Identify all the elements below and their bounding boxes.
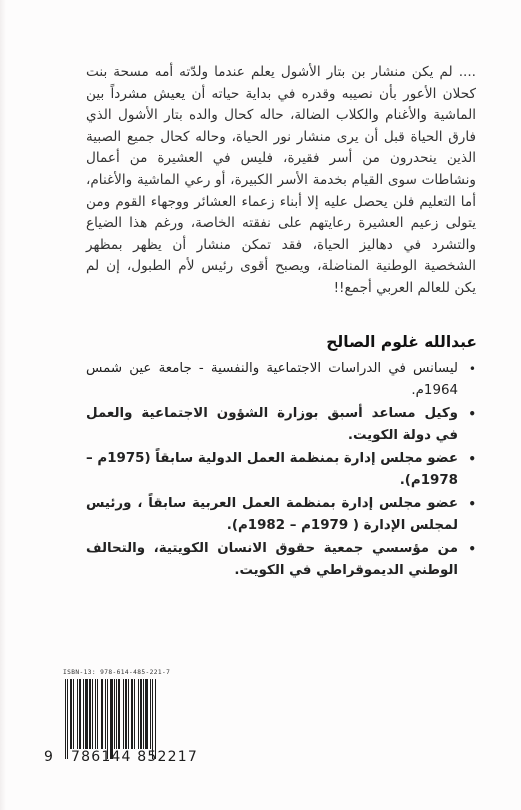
isbn-label: ISBN-13: 978-614-485-221-7: [63, 669, 191, 676]
bio-item-text: عضو مجلس إدارة بمنظمة العمل الدولية سابق…: [86, 451, 458, 488]
bio-item-text: من مؤسسي جمعية حقوق الانسان الكويتية، وا…: [86, 541, 458, 578]
bullet-icon: •: [468, 493, 476, 515]
bullet-icon: •: [468, 448, 476, 470]
bio-item-text: عضو مجلس إدارة بمنظمة العمل العربية سابق…: [86, 496, 458, 533]
bio-item-ilo: • عضو مجلس إدارة بمنظمة العمل الدولية سا…: [86, 448, 478, 492]
back-cover-blurb: .... لم يكن منشار بن بتار الأشول يعلم عن…: [86, 62, 476, 300]
bio-item-education: • ليسانس في الدراسات الاجتماعية والنفسية…: [86, 358, 478, 402]
bio-item-text: وكيل مساعد أسبق بوزارة الشؤون الاجتماعية…: [86, 406, 458, 443]
barcode-digits: 786144 852217: [71, 749, 198, 765]
bio-item-alo: • عضو مجلس إدارة بمنظمة العمل العربية سا…: [86, 493, 478, 537]
barcode-lead-digit: 9: [44, 749, 53, 765]
bullet-icon: •: [469, 358, 476, 380]
bio-item-text: ليسانس في الدراسات الاجتماعية والنفسية -…: [86, 361, 458, 398]
author-bio-list: • ليسانس في الدراسات الاجتماعية والنفسية…: [86, 358, 478, 583]
isbn-barcode: ISBN-13: 978-614-485-221-7 9 786144 8522…: [57, 669, 194, 773]
page-edge: [0, 0, 6, 810]
bio-item-founder: • من مؤسسي جمعية حقوق الانسان الكويتية، …: [86, 538, 478, 582]
bio-item-ministry: • وكيل مساعد أسبق بوزارة الشؤون الاجتماع…: [86, 403, 478, 447]
author-name: عبدالله غلوم الصالح: [326, 333, 477, 351]
bullet-icon: •: [468, 538, 476, 560]
bullet-icon: •: [468, 403, 476, 425]
barcode-bars-icon: [65, 679, 187, 755]
